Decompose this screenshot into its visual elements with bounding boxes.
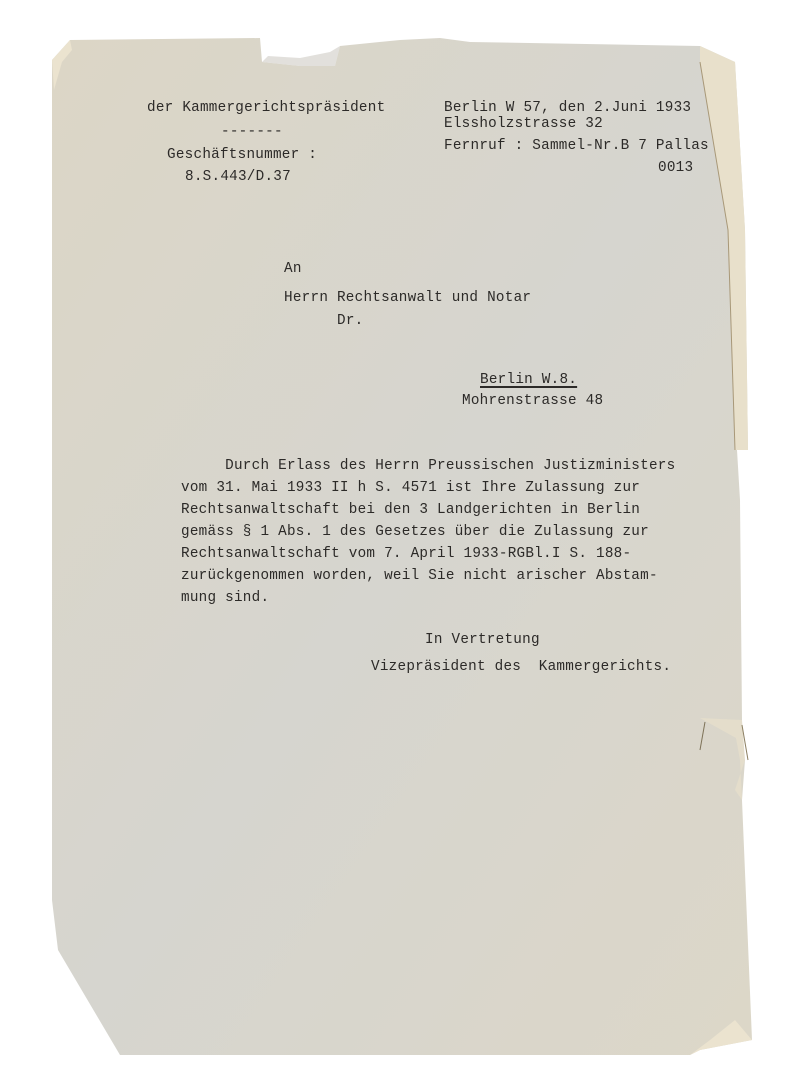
reference-number: 8.S.443/D.37: [185, 169, 291, 186]
body-line: gemäss § 1 Abs. 1 des Gesetzes über die …: [181, 524, 649, 541]
signature-line-2: Vizepräsident des Kammergerichts.: [371, 659, 671, 676]
phone-number: 0013: [658, 160, 693, 177]
recipient-name: Dr.: [337, 313, 364, 330]
body-line: vom 31. Mai 1933 II h S. 4571 ist Ihre Z…: [181, 480, 640, 497]
sender-authority: der Kammergerichtspräsident: [147, 100, 385, 117]
recipient-street: Mohrenstrasse 48: [462, 393, 603, 410]
sender-street: Elssholzstrasse 32: [444, 116, 603, 133]
letter-page: der Kammergerichtspräsident ------- Gesc…: [0, 0, 800, 1090]
recipient-city: Berlin W.8.: [480, 372, 577, 389]
salutation: An: [284, 261, 302, 278]
recipient-title: Herrn Rechtsanwalt und Notar: [284, 290, 531, 307]
signature-line-1: In Vertretung: [425, 632, 540, 649]
place-date: Berlin W 57, den 2.Juni 1933: [444, 100, 691, 117]
sender-separator: -------: [221, 124, 283, 141]
body-line: zurückgenommen worden, weil Sie nicht ar…: [181, 568, 658, 585]
body-line: Rechtsanwaltschaft bei den 3 Landgericht…: [181, 502, 640, 519]
body-line: mung sind.: [181, 590, 269, 607]
phone-line: Fernruf : Sammel-Nr.B 7 Pallas: [444, 138, 709, 155]
reference-label: Geschäftsnummer :: [167, 147, 317, 164]
body-line: Rechtsanwaltschaft vom 7. April 1933-RGB…: [181, 546, 631, 563]
body-line: Durch Erlass des Herrn Preussischen Just…: [181, 458, 675, 475]
